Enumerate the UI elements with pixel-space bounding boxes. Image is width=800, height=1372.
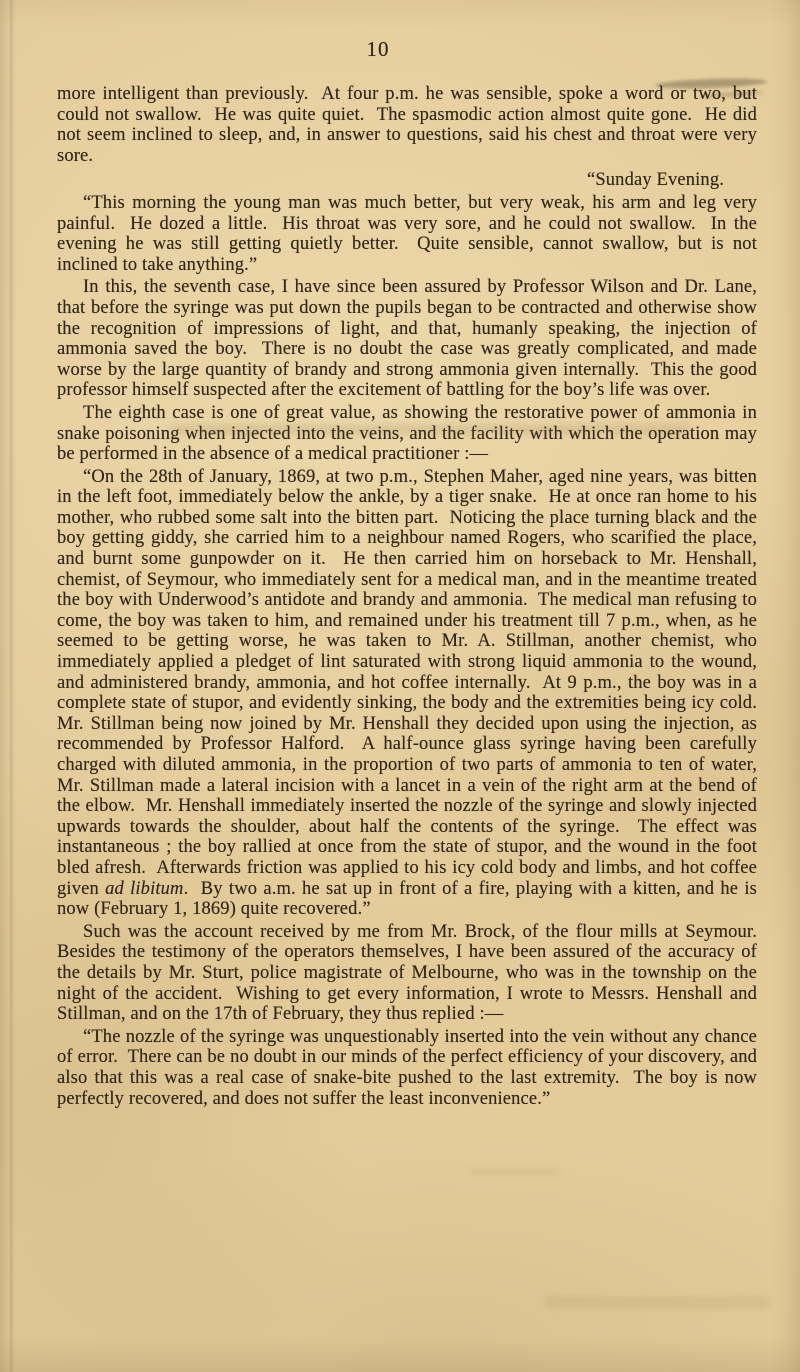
show-through-mark: [170, 424, 690, 435]
dateline-sunday-evening: “Sunday Evening.: [57, 170, 757, 191]
text-segment: “Sunday Evening.: [587, 170, 724, 190]
text-segment: ad libitum: [105, 879, 184, 899]
text-segment: “This morning the young man was much bet…: [57, 193, 762, 275]
text-segment: more intelligent than previously. At fou…: [57, 84, 762, 166]
paragraph-stephen-maher-case: “On the 28th of January, 1869, at two p.…: [57, 467, 757, 920]
show-through-mark: [470, 1168, 560, 1177]
paragraph-henshall-stillman-reply: “The nozzle of the syringe was unquestio…: [57, 1027, 757, 1109]
text-segment: In this, the seventh case, I have since …: [57, 277, 762, 400]
paragraph-sunday-evening-report: “This morning the young man was much bet…: [57, 193, 757, 275]
paragraph-brock-account: Such was the account received by me from…: [57, 922, 757, 1025]
paragraph-seventh-case: In this, the seventh case, I have since …: [57, 277, 757, 401]
page-number: 10: [0, 37, 756, 62]
text-segment: “The nozzle of the syringe was unquestio…: [57, 1027, 762, 1109]
paragraph-continuation: more intelligent than previously. At fou…: [57, 84, 757, 166]
book-page: 10 more intelligent than previously. At …: [0, 0, 800, 1372]
show-through-mark: [545, 1296, 770, 1309]
text-segment: “On the 28th of January, 1869, at two p.…: [57, 467, 767, 899]
text-segment: Such was the account received by me from…: [57, 922, 767, 1024]
page-body: more intelligent than previously. At fou…: [57, 84, 757, 1109]
